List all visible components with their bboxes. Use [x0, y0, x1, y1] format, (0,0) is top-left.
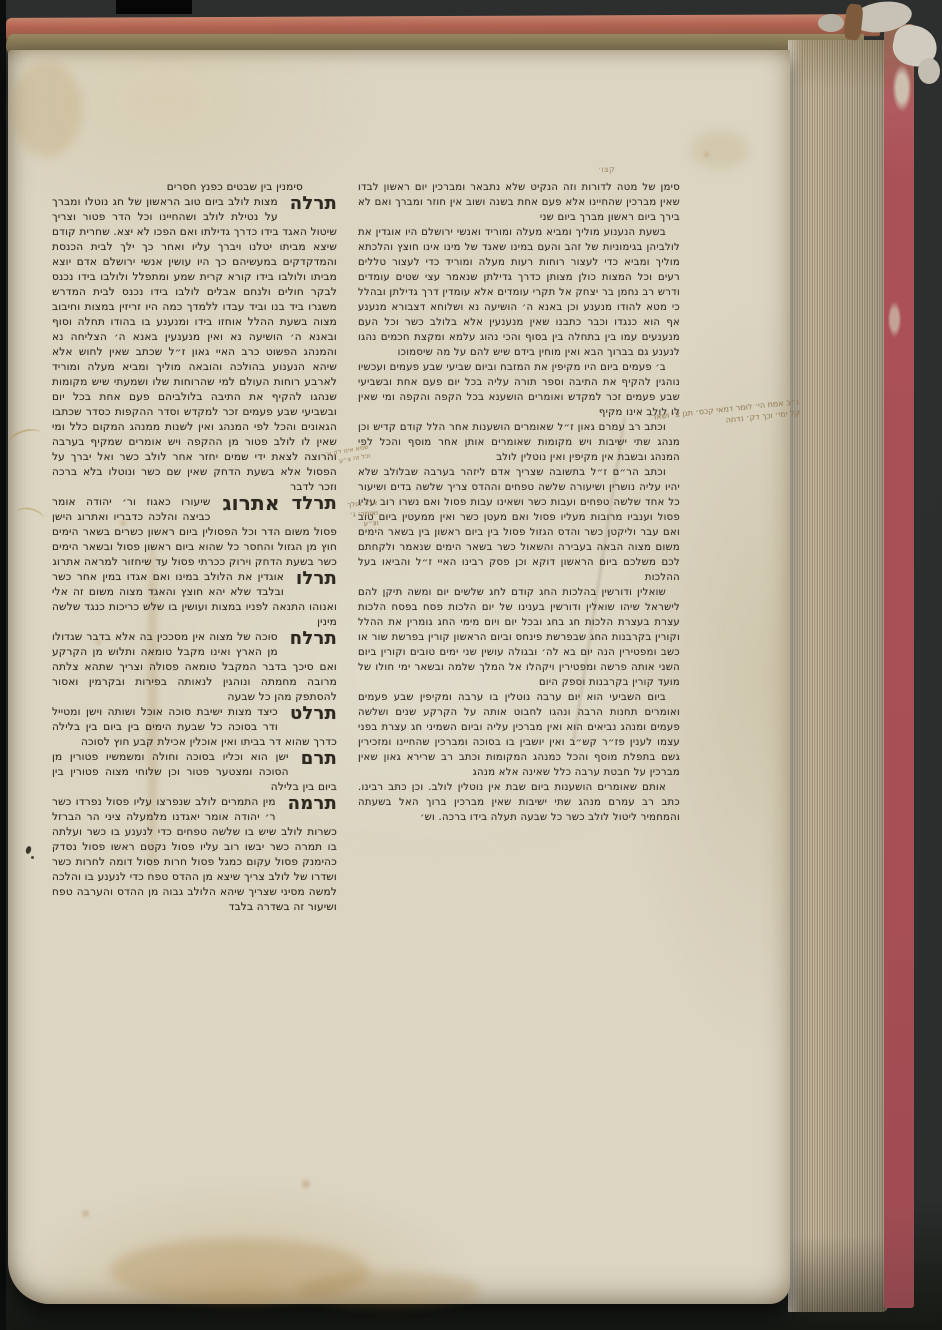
- text-column-left: סימנין בין שבטים כפנץ חסרים תרלהמצות לול…: [52, 180, 337, 1078]
- siman-section: תרלואוגדין את הלולב במינו ואם אגדו במין …: [52, 570, 337, 630]
- photo-background: קצו׳ סימן של מטה לדורות וזה הנקיט שלא נת…: [0, 0, 942, 1330]
- siman-section: תרלדאתרוגשיעורו כאגוז ור׳ יהודה אומר כבי…: [52, 495, 337, 570]
- siman-body: מצות לולב ביום טוב הראשון של חג נוטלו ומ…: [52, 196, 337, 493]
- paragraph: בשעת הנענוע מוליך ומביא מעלה ומוריד ואנש…: [358, 225, 680, 360]
- siman-number: תרם: [301, 750, 337, 767]
- paragraph: אותם שאומרים הושענות ביום שבת אין נוטלין…: [358, 780, 680, 825]
- foxing-spot: [302, 1180, 310, 1188]
- paragraph: וכתב רב עמרם גאון ז״ל שאומרים הושענות אח…: [358, 420, 680, 465]
- foxing-spot: [82, 1210, 89, 1217]
- paragraph: ביום השביעי הוא יום ערבה נוטלין בו ערבה …: [358, 690, 680, 780]
- paragraph: סימן של מטה לדורות וזה הנקיט שלא נתבאר ו…: [358, 180, 680, 225]
- torn-paper-fragment: [918, 58, 940, 84]
- fore-edge-pages: [788, 40, 888, 1312]
- handwritten-note-intercolumn: אלו׳ הולך ואומר׳ ג׳ וצ״ע: [317, 498, 379, 532]
- siman-title: אתרוג: [223, 495, 280, 512]
- stain: [300, 1272, 480, 1308]
- siman-section: תרלטכיצד מצות ישיבת סוכה אוכל ושותה וישן…: [52, 705, 337, 750]
- fore-edge-sheen: [788, 40, 888, 1312]
- stain: [690, 130, 750, 170]
- siman-section: תרלהמצות לולב ביום טוב הראשון של חג נוטל…: [52, 195, 337, 495]
- siman-section: תרמהמין התמרים לולב שנפרצו עליו פסול נפר…: [52, 795, 337, 915]
- siman-number: תרלה: [290, 195, 337, 212]
- siman-number: תרמה: [288, 795, 337, 812]
- paragraph: וכתב הר״ם ז״ל בתשובה שצריך אדם ליזהר בער…: [358, 465, 680, 585]
- siman-body: ישן הוא וכליו בסוכה וחולה ומשמשיו פטורין…: [52, 751, 337, 793]
- text-column-right: סימן של מטה לדורות וזה הנקיט שלא נתבאר ו…: [358, 180, 680, 1072]
- siman-number: תרלו: [296, 570, 337, 587]
- siman-section: תרםישן הוא וכליו בסוכה וחולה ומשמשיו פטו…: [52, 750, 337, 795]
- book-cover-red-edge: [884, 24, 914, 1308]
- siman-number: תרלט: [290, 705, 337, 722]
- paragraph: שואלין ודורשין בהלכות החג קודם לחג שלשים…: [358, 585, 680, 690]
- siman-body: אוגדין את הלולב במינו ואם אגדו במין אחר …: [52, 571, 337, 628]
- torn-paper-fragment: [818, 14, 844, 32]
- foxing-spot: [704, 152, 709, 157]
- photo-left-black-strip: [0, 0, 6, 1330]
- ink-blot: [31, 856, 34, 859]
- siman-number: תרלח: [290, 630, 337, 647]
- paragraph: ב׳ פעמים ביום היו מקיפין את המזבח וביום …: [358, 360, 680, 420]
- carryover-line: סימנין בין שבטים כפנץ חסרים: [52, 180, 337, 195]
- faded-header-word: קצו׳: [598, 165, 615, 176]
- siman-section: תרלחסוכה של מצוה אין מסככין בה אלא בדבר …: [52, 630, 337, 705]
- stain: [12, 62, 82, 157]
- photo-top-black-rect: [116, 0, 192, 14]
